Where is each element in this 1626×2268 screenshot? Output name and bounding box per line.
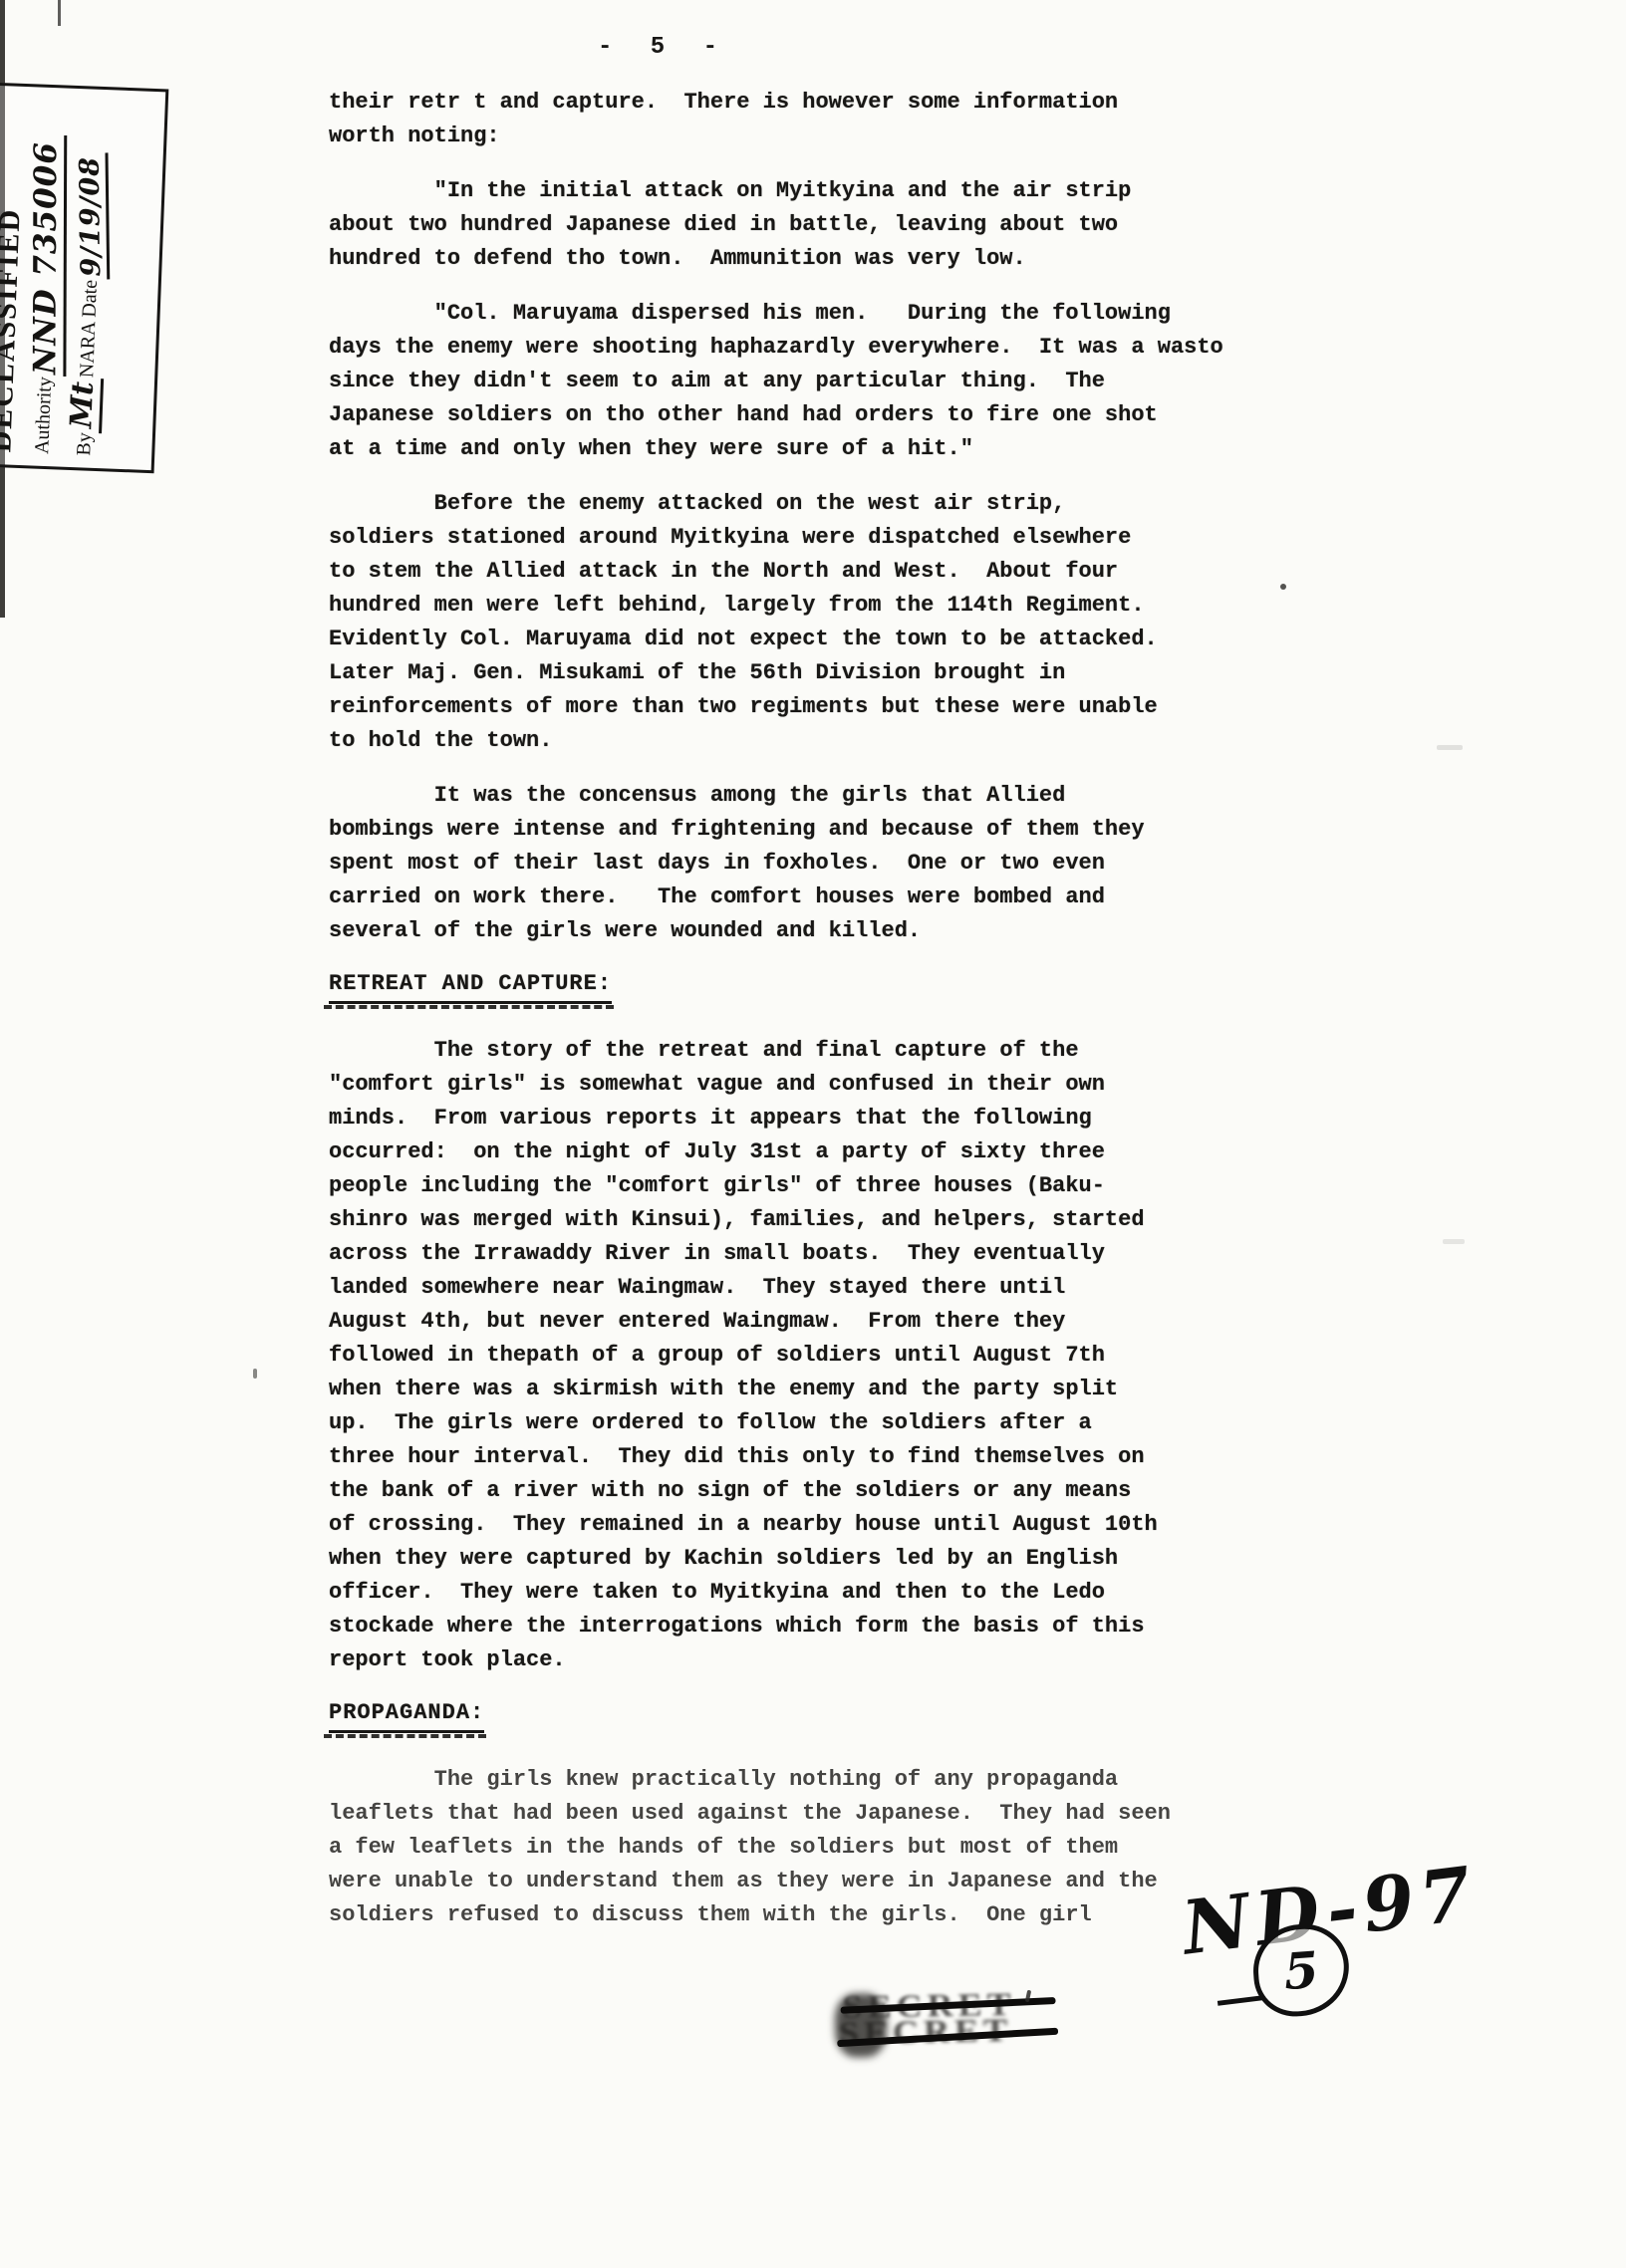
body-paragraph-6: The story of the retreat and final captu…: [329, 1034, 1265, 1677]
body-paragraph-5: It was the concensus among the girls tha…: [329, 779, 1265, 948]
body-paragraph-3-quote: "Col. Maruyama dispersed his men. During…: [329, 297, 1265, 466]
secret-stamp-crossed-out: SECRET SECRET: [838, 1984, 1048, 2072]
ink-speck: [1280, 584, 1286, 590]
nara-date-label: NARA Date: [76, 279, 102, 378]
section-heading-text: PROPAGANDA:: [329, 1698, 484, 1733]
body-paragraph-7: The girls knew practically nothing of an…: [329, 1763, 1265, 1932]
ink-speck: [253, 1369, 257, 1379]
date-value-handwriting: 9/19/08: [74, 153, 110, 280]
handwriting-dash: [1218, 1995, 1263, 2006]
scanned-document-page: DECLASSIFIED AuthorityNND 735006 ByMtNAR…: [0, 0, 1626, 2268]
page-number: - 5 -: [598, 34, 729, 61]
section-heading-text: RETREAT AND CAPTURE:: [329, 969, 612, 1004]
body-paragraph-2-quote: "In the initial attack on Myitkyina and …: [329, 174, 1265, 276]
authority-value-handwriting: NND 735006: [27, 135, 67, 377]
by-initials-handwriting: Mt: [64, 377, 104, 432]
ink-speck: [1437, 745, 1463, 750]
by-label: By: [73, 432, 96, 456]
body-paragraph-1: their retr t and capture. There is howev…: [329, 86, 1265, 153]
section-heading-retreat-and-capture: RETREAT AND CAPTURE:: [329, 969, 1265, 1004]
document-body: their retr t and capture. There is howev…: [329, 86, 1265, 1953]
scan-edge-mark: [58, 0, 61, 26]
authority-label: Authority: [31, 377, 56, 455]
ink-speck: [1443, 1239, 1465, 1244]
declassified-stamp-content: DECLASSIFIED AuthorityNND 735006 ByMtNAR…: [0, 86, 159, 464]
declassified-stamp: DECLASSIFIED AuthorityNND 735006 ByMtNAR…: [0, 83, 168, 473]
body-paragraph-4: Before the enemy attacked on the west ai…: [329, 487, 1265, 758]
section-heading-propaganda: PROPAGANDA:: [329, 1698, 1265, 1733]
